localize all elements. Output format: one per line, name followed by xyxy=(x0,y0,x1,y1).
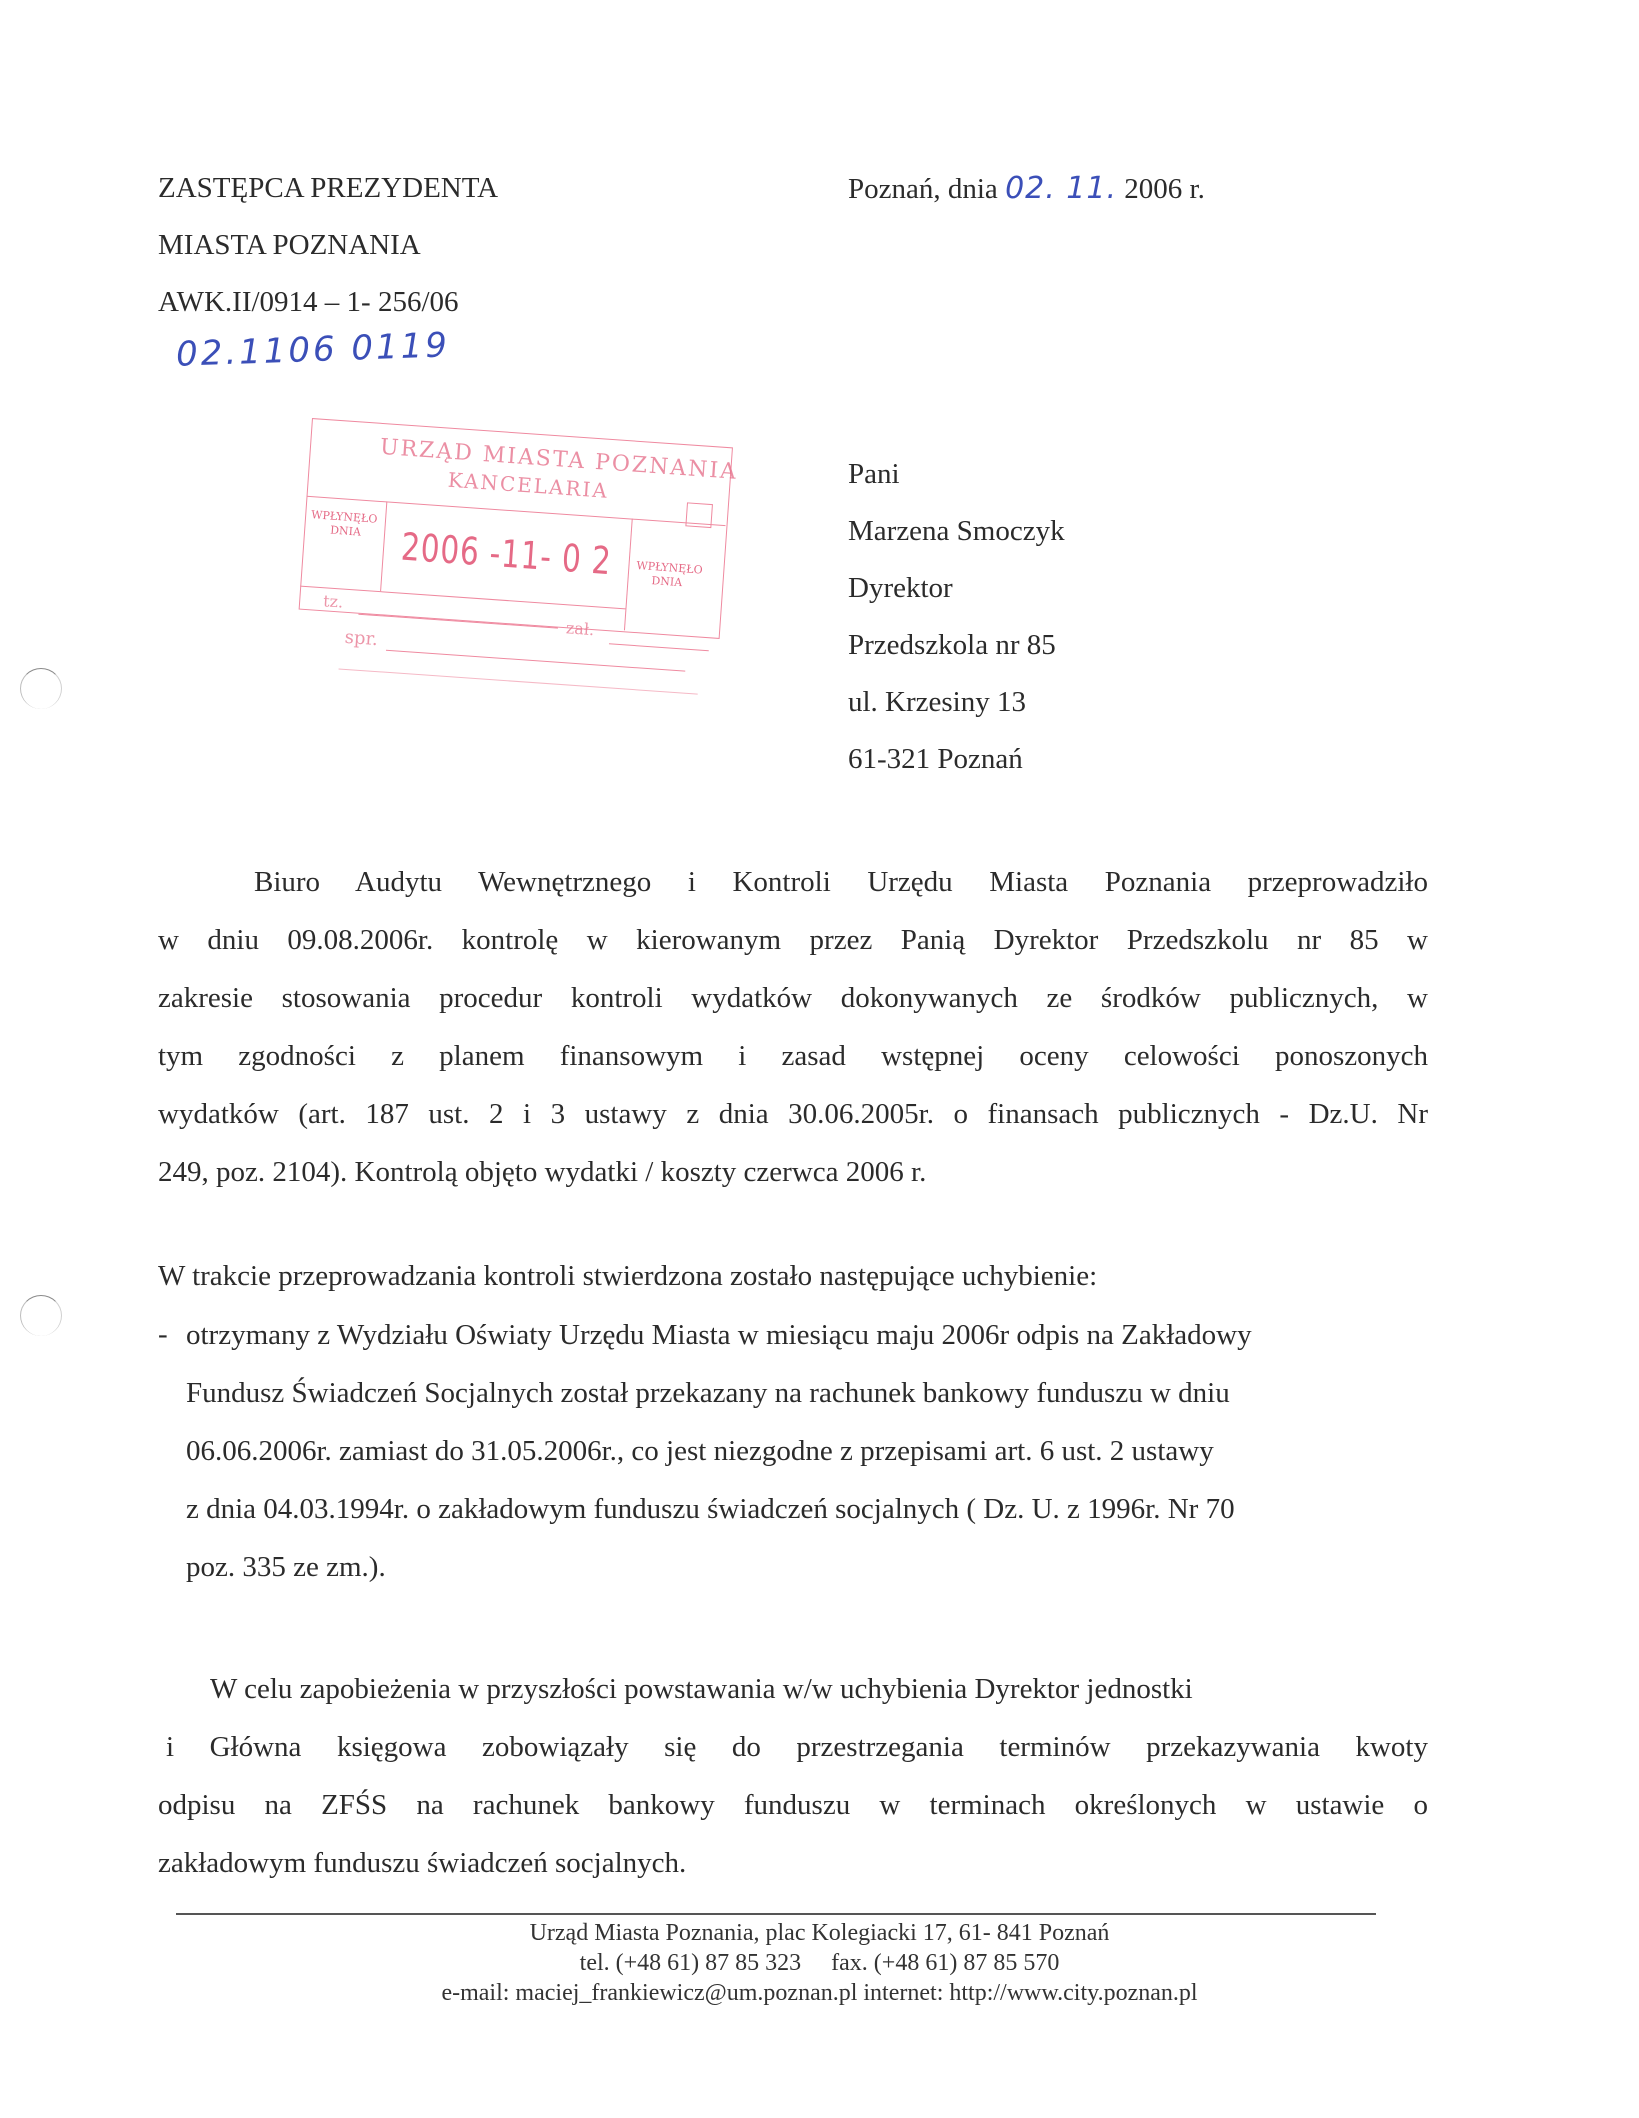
recipient-street: ul. Krzesiny 13 xyxy=(848,688,1026,717)
finding-line: poz. 335 ze zm.). xyxy=(186,1538,1386,1596)
paragraph-line: tym zgodności z planem finansowym i zasa… xyxy=(158,1027,1428,1085)
place-date-year: 2006 r. xyxy=(1124,173,1205,205)
finding-line: 06.06.2006r. zamiast do 31.05.2006r., co… xyxy=(186,1422,1386,1480)
finding-line: Fundusz Świadczeń Socjalnych został prze… xyxy=(186,1364,1386,1422)
finding-line: otrzymany z Wydziału Oświaty Urzędu Mias… xyxy=(186,1306,1386,1364)
reference-number: AWK.II/0914 – 1- 256/06 xyxy=(158,288,459,317)
footer-email-web: e-mail: maciej_frankiewicz@um.poznan.pl … xyxy=(0,1980,1639,2007)
sender-title-line-1: ZASTĘPCA PREZYDENTA xyxy=(158,174,498,203)
footer-phone-fax: tel. (+48 61) 87 85 323 fax. (+48 61) 87… xyxy=(0,1950,1639,1977)
sender-title-line-2: MIASTA POZNANIA xyxy=(158,231,421,260)
stamp-field-1-label: tz. xyxy=(323,591,344,611)
finding-line: z dnia 04.03.1994r. o zakładowym fundusz… xyxy=(186,1480,1386,1538)
handwritten-registration-number: 02.1106 0119 xyxy=(175,325,450,375)
paragraph-remediation: W celu zapobieżenia w przyszłości powsta… xyxy=(158,1660,1428,1892)
recipient-institution: Przedszkola nr 85 xyxy=(848,631,1056,660)
paragraph-line: 249, poz. 2104). Kontrolą objęto wydatki… xyxy=(158,1143,1428,1201)
punch-hole-bottom xyxy=(20,1295,62,1336)
punch-hole-top xyxy=(20,668,62,709)
recipient-salutation: Pani xyxy=(848,460,900,489)
place-date-prefix: Poznań, dnia xyxy=(848,173,998,205)
paragraph-line: Biuro Audytu Wewnętrznego i Kontroli Urz… xyxy=(158,853,1428,911)
paragraph-line: w dniu 09.08.2006r. kontrolę w kierowany… xyxy=(158,911,1428,969)
paragraph-line: wydatków (art. 187 ust. 2 i 3 ustawy z d… xyxy=(158,1085,1428,1143)
stamp-field-2-label: spr. xyxy=(344,627,378,650)
recipient-city: 61-321 Poznań xyxy=(848,745,1023,774)
stamp-left-label-2: DNIA xyxy=(330,524,362,539)
stamp-field-3-label: zał. xyxy=(565,618,595,639)
finding-bullet: - xyxy=(158,1320,168,1349)
finding-intro: W trakcie przeprowadzania kontroli stwie… xyxy=(158,1262,1097,1291)
stamp-field-3-line xyxy=(609,643,709,651)
paragraph-line: i Główna księgowa zobowiązały się do prz… xyxy=(158,1718,1428,1776)
stamp-right-label-2: DNIA xyxy=(651,574,683,589)
finding-list-item: otrzymany z Wydziału Oświaty Urzędu Mias… xyxy=(186,1306,1386,1596)
place-date: Poznań, dnia 02. 11. 2006 r. xyxy=(848,174,1205,204)
registry-stamp: URZĄD MIASTA POZNANIA KANCELARIA WPŁYNĘŁ… xyxy=(295,418,751,688)
footer-divider xyxy=(176,1913,1376,1915)
paragraph-line: W celu zapobieżenia w przyszłości powsta… xyxy=(158,1660,1428,1718)
recipient-name: Marzena Smoczyk xyxy=(848,517,1065,546)
footer-address: Urząd Miasta Poznania, plac Kolegiacki 1… xyxy=(0,1920,1639,1947)
paragraph-line: zakładowym funduszu świadczeń socjalnych… xyxy=(158,1834,1428,1892)
stamp-field-extra-line xyxy=(339,668,698,694)
recipient-position: Dyrektor xyxy=(848,574,953,603)
handwritten-date: 02. 11. xyxy=(1005,171,1117,206)
paragraph-line: zakresie stosowania procedur kontroli wy… xyxy=(158,969,1428,1027)
stamp-field-2-line xyxy=(386,650,685,672)
paragraph-line: odpisu na ZFŚS na rachunek bankowy fundu… xyxy=(158,1776,1428,1834)
paragraph-audit-intro: Biuro Audytu Wewnętrznego i Kontroli Urz… xyxy=(158,853,1428,1201)
